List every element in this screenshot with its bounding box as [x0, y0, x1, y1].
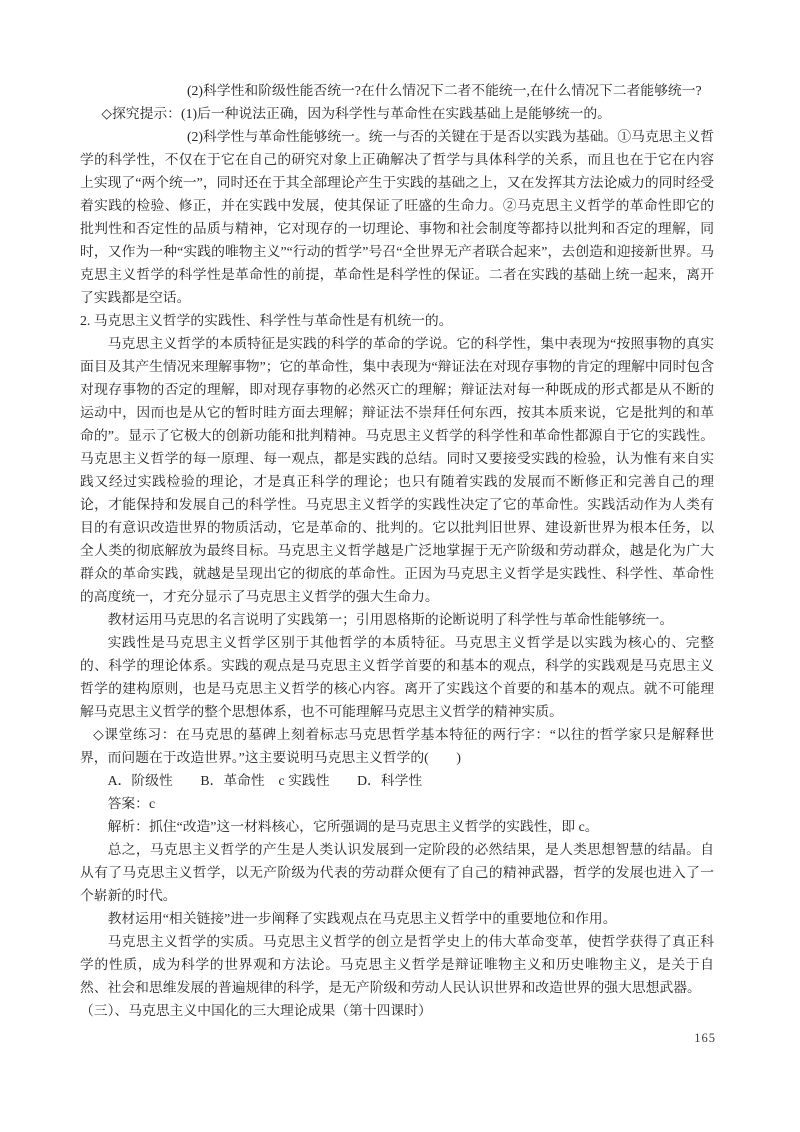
paragraph: 2. 马克思主义哲学的实践性、科学性与革命性是有机统一的。 — [80, 309, 714, 332]
paragraph: 解析：抓住“改造”这一材料核心，它所强调的是马克思主义哲学的实践性，即 c。 — [80, 815, 714, 838]
paragraph: (2)科学性与革命性能够统一。统一与否的关键在于是否以实践为基础。①马克思主义哲… — [80, 125, 714, 309]
paragraph: A．阶级性 B．革命性 c 实践性 D．科学性 — [80, 769, 714, 792]
paragraph: 教材运用马克思的名言说明了实践第一；引用恩格斯的论断说明了科学性与革命性能够统一… — [80, 608, 714, 631]
document-page: (2)科学性和阶级性能否统一?在什么情况下二者不能统一,在什么情况下二者能够统一… — [0, 0, 800, 1132]
paragraph: ◇探究提示：(1)后一种说法正确，因为科学性与革命性在实践基础上是能够统一的。 — [80, 102, 714, 125]
paragraph: 教材运用“相关链接”进一步阐释了实践观点在马克思主义哲学中的重要地位和作用。 — [80, 907, 714, 930]
paragraph: 马克思主义哲学的本质特征是实践的科学的革命的学说。它的科学性，集中表现为“按照事… — [80, 332, 714, 608]
document-content: (2)科学性和阶级性能否统一?在什么情况下二者不能统一,在什么情况下二者能够统一… — [80, 79, 714, 1022]
paragraph: 实践性是马克思主义哲学区别于其他哲学的本质特征。马克思主义哲学是以实践为核心的、… — [80, 631, 714, 723]
paragraph: （三）、马克思主义中国化的三大理论成果（第十四课时） — [80, 999, 714, 1022]
paragraph: 马克思主义哲学的实质。马克思主义哲学的创立是哲学史上的伟大革命变革，使哲学获得了… — [80, 930, 714, 999]
paragraph: 答案：c — [80, 792, 714, 815]
paragraph: (2)科学性和阶级性能否统一?在什么情况下二者不能统一,在什么情况下二者能够统一… — [80, 79, 714, 102]
paragraph: 总之，马克思主义哲学的产生是人类认识发展到一定阶段的必然结果，是人类思想智慧的结… — [80, 838, 714, 907]
paragraph: ◇课堂练习：在马克思的墓碑上刻着标志马克思哲学基本特征的两行字：“以往的哲学家只… — [80, 723, 714, 769]
page-number: 165 — [694, 1031, 716, 1046]
